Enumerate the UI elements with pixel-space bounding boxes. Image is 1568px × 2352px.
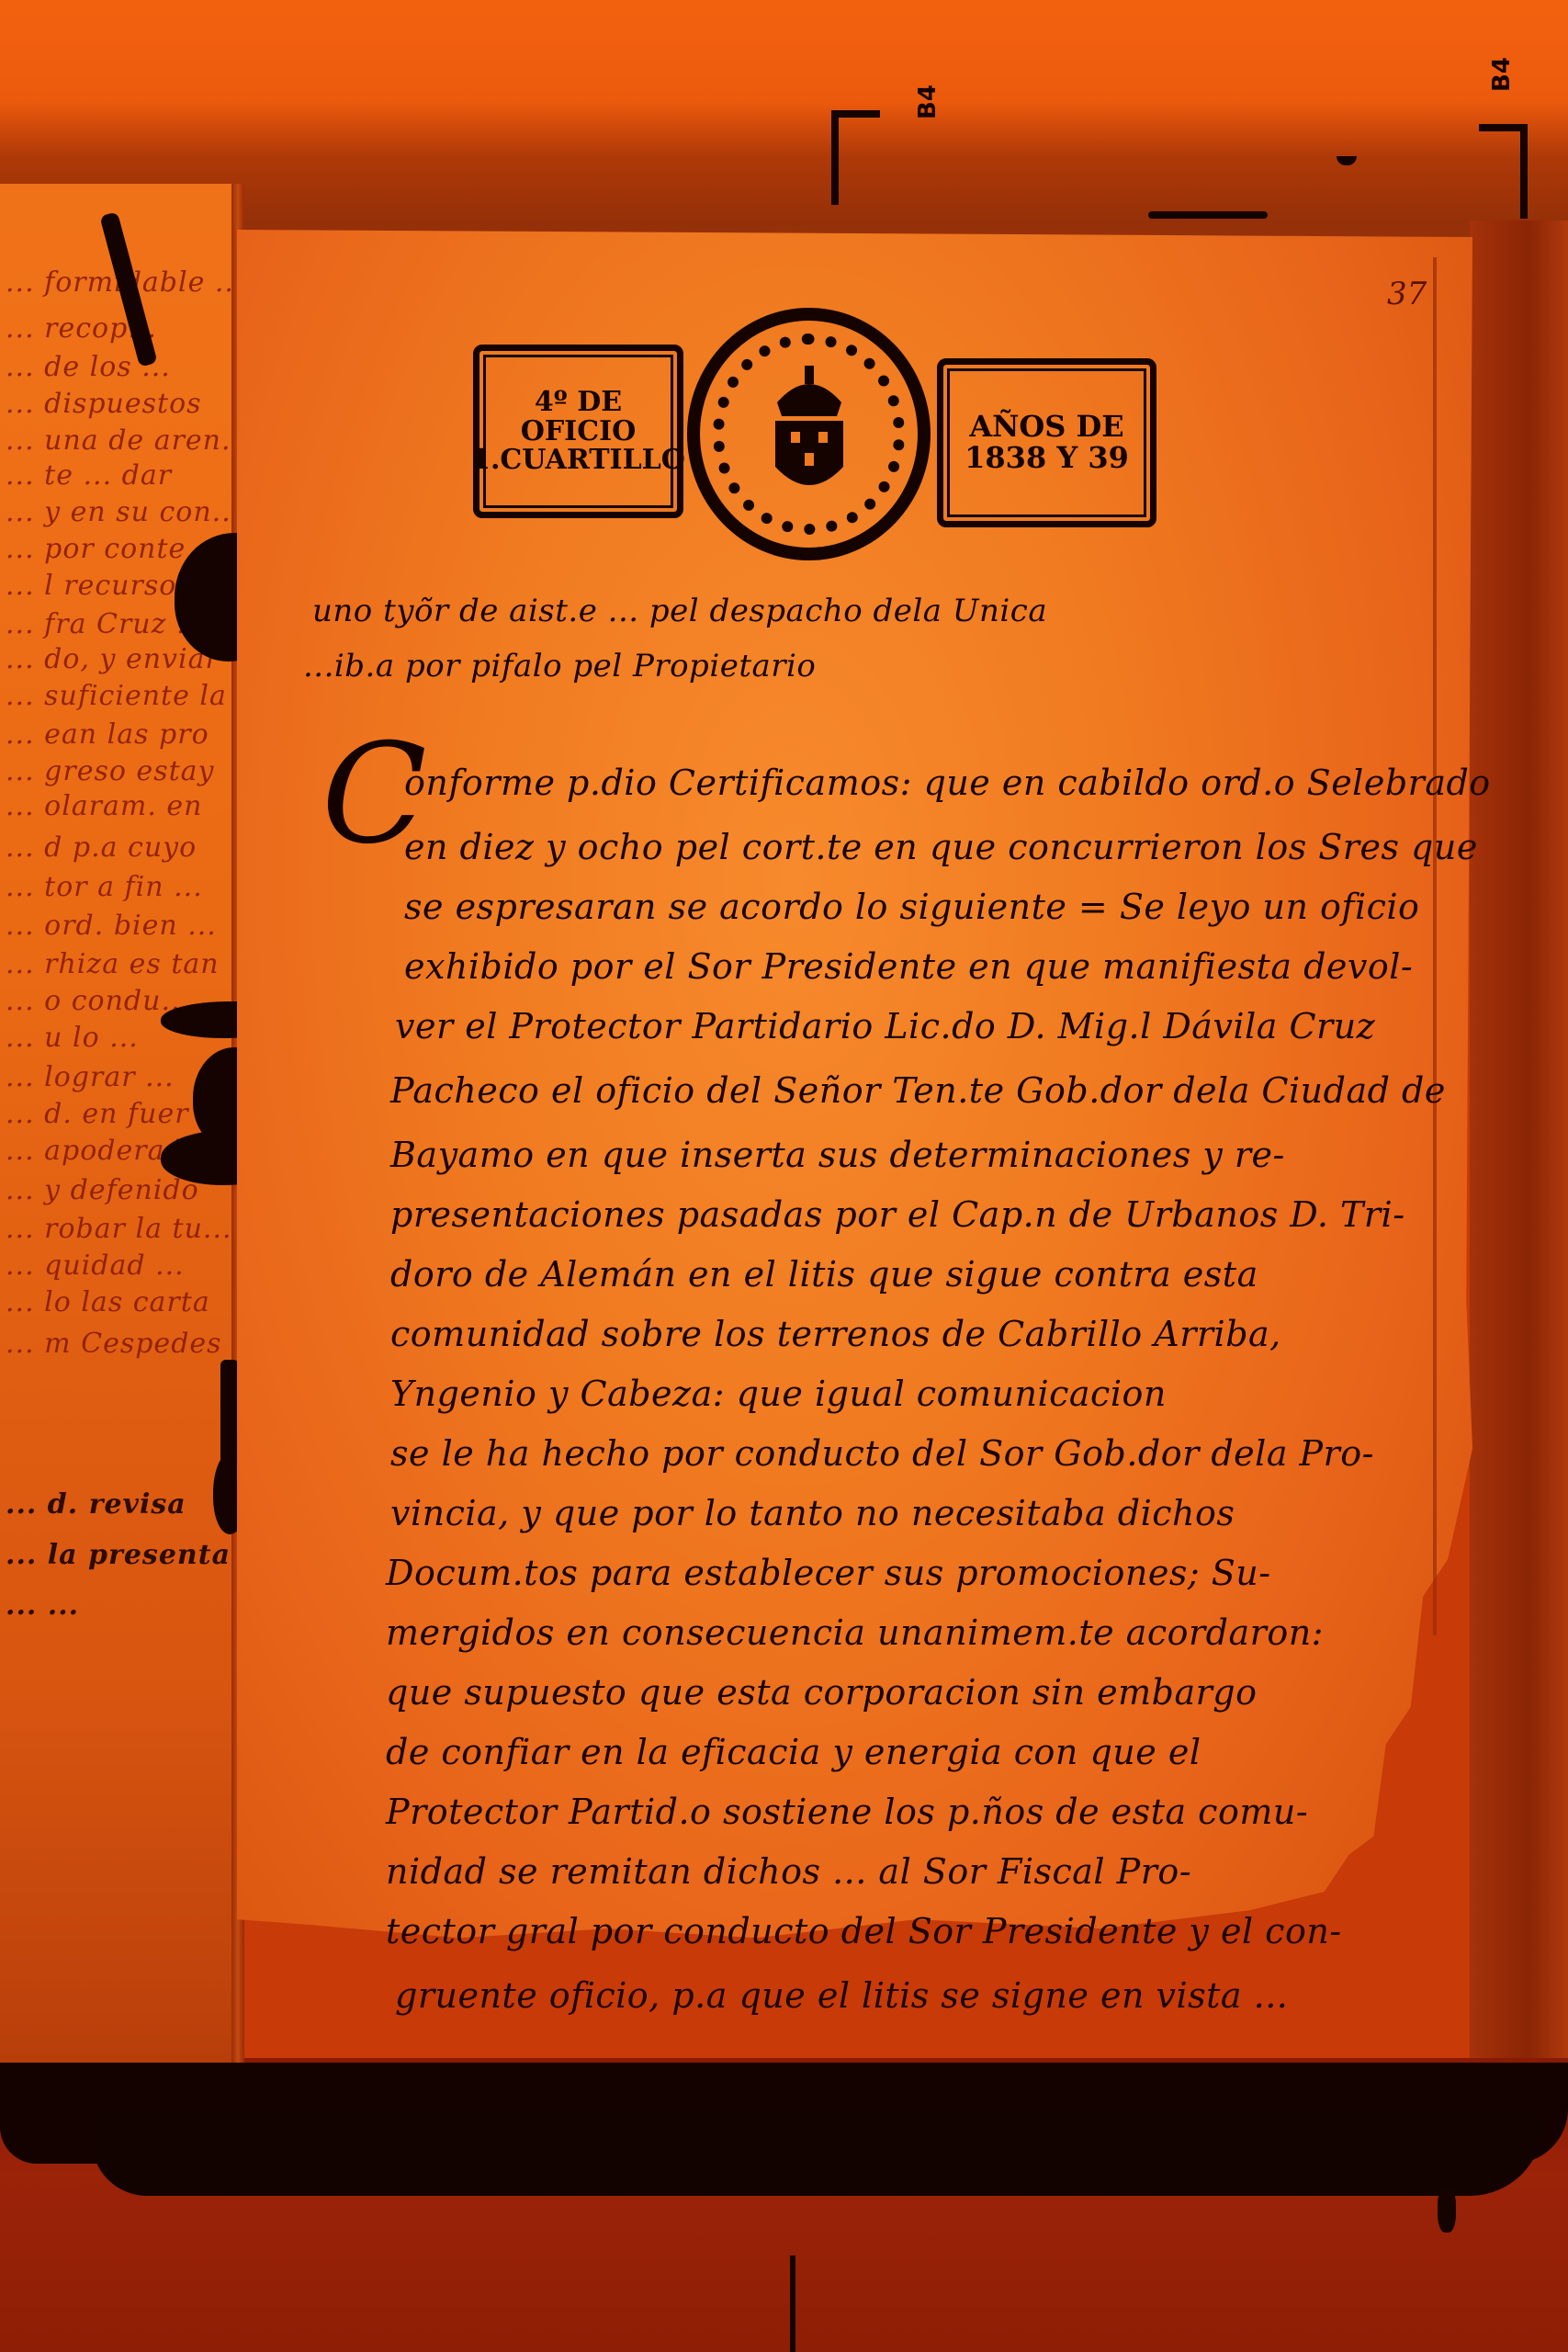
background-right (1470, 220, 1568, 2076)
page-number: 37 (1387, 276, 1427, 312)
manuscript-line: que supuesto que esta corporacion sin em… (386, 1672, 1258, 1713)
manuscript-line: presentaciones pasadas por el Cap.n de U… (390, 1194, 1405, 1235)
crop-mark-bottom (790, 2256, 823, 2352)
shadow-band-bottom-2 (92, 2113, 1543, 2196)
left-page-line: ... do, y enviar (6, 643, 220, 675)
manuscript-line: nidad se remitan dichos ... al Sor Fisca… (386, 1851, 1191, 1892)
manuscript-line: vincia, y que por lo tanto no necesitaba… (390, 1493, 1235, 1533)
left-page-line: ... o condu... (6, 985, 190, 1017)
sheet-edge (1433, 257, 1437, 1635)
left-page-line: ... olaram. en (6, 790, 203, 822)
manuscript-line: de confiar en la eficacia y energia con … (386, 1732, 1201, 1772)
left-page-line: ... d p.a cuyo (6, 831, 197, 864)
crop-label: B4 (1488, 57, 1516, 92)
royal-seal (687, 308, 931, 560)
manuscript-line: mergidos en consecuencia unanimem.te aco… (386, 1612, 1324, 1653)
left-page-line: ... lo las carta (6, 1286, 210, 1318)
left-page-line: ... una de aren... (6, 424, 251, 457)
manuscript-line: se espresaran se acordo lo siguiente = S… (404, 887, 1419, 927)
stamp-right-line1: AÑOS DE (969, 412, 1123, 443)
manuscript-line: exhibido por el Sor Presidente en que ma… (404, 946, 1413, 987)
ink-mark (1148, 211, 1268, 219)
header-note-line: ...ib.a por pifalo pel Propietario (303, 648, 816, 684)
ink-mark (1438, 2187, 1456, 2233)
stamp-right-line2: 1838 Y 39 (964, 443, 1129, 474)
left-page-line: ... la presenta (6, 1539, 231, 1571)
manuscript-line: Pacheco el oficio del Señor Ten.te Gob.d… (390, 1070, 1446, 1111)
manuscript-line: en diez y ocho pel cort.te en que concur… (404, 827, 1478, 867)
manuscript-line: ver el Protector Partidario Lic.do D. Mi… (395, 1006, 1375, 1046)
left-page-line: ... d. en fuer (6, 1098, 189, 1130)
left-page-line: ... dispuestos (6, 388, 202, 420)
left-page-line: ... quidad ... (6, 1249, 185, 1282)
left-page-line: ... suficiente la (6, 680, 227, 712)
left-page-line: ... ean las pro (6, 718, 209, 751)
stamped-paper-seal: 4º DE OFICIO 1.CUARTILLO AÑOS DE 1838 Y … (473, 308, 1153, 565)
manuscript-line: Bayamo en que inserta sus determinacione… (390, 1135, 1285, 1175)
manuscript-line: Protector Partid.o sostiene los p.ños de… (386, 1792, 1308, 1832)
left-page-line: ... por conte... (6, 533, 215, 565)
crop-mark-top-right (1479, 124, 1528, 219)
left-page-line: ... y defenido (6, 1174, 199, 1206)
left-page-line: ... rhiza es tan (6, 948, 220, 980)
stamp-left-panel: 4º DE OFICIO 1.CUARTILLO (473, 345, 683, 518)
left-page-line: ... robar la tu... (6, 1213, 232, 1245)
manuscript-line: gruente oficio, p.a que el litis se sign… (395, 1975, 1288, 2016)
left-page-line: ... d. revisa (6, 1488, 186, 1521)
crop-label: B4 (914, 85, 942, 119)
left-page-line: ... ... (6, 1589, 79, 1622)
manuscript-line: Docum.tos para establecer sus promocione… (386, 1553, 1271, 1593)
stamp-left-line2: 1.CUARTILLO (471, 446, 685, 475)
left-page-line: ... greso estay (6, 755, 214, 787)
left-page-line: ... tor a fin ... (6, 871, 203, 903)
left-page-line: ... u lo ... (6, 1022, 139, 1054)
left-page-line: ... m Cespedes (6, 1328, 222, 1360)
stamp-right-panel: AÑOS DE 1838 Y 39 (937, 358, 1156, 527)
manuscript-line: onforme p.dio Certificamos: que en cabil… (404, 763, 1491, 803)
header-note-line: uno tyõr de aist.e ... pel despacho dela… (312, 593, 1047, 629)
left-page-line: ... te ... dar (6, 459, 172, 492)
left-page-line: ... y en su con... (6, 496, 241, 528)
manuscript-line: se le ha hecho por conducto del Sor Gob.… (390, 1433, 1374, 1474)
manuscript-line: tector gral por conducto del Sor Preside… (386, 1911, 1342, 1951)
left-page-line: ... ord. bien ... (6, 910, 217, 942)
crop-mark-top-left (831, 110, 880, 205)
manuscript-line: Yngenio y Cabeza: que igual comunicacion (390, 1374, 1167, 1414)
manuscript-line: comunidad sobre los terrenos de Cabrillo… (390, 1314, 1281, 1354)
crown-crest-icon (759, 366, 860, 503)
left-page-line: ... lograr ... (6, 1061, 175, 1093)
manuscript-line: doro de Alemán en el litis que sigue con… (390, 1254, 1258, 1295)
stamp-left-line1: 4º DE OFICIO (479, 388, 677, 446)
